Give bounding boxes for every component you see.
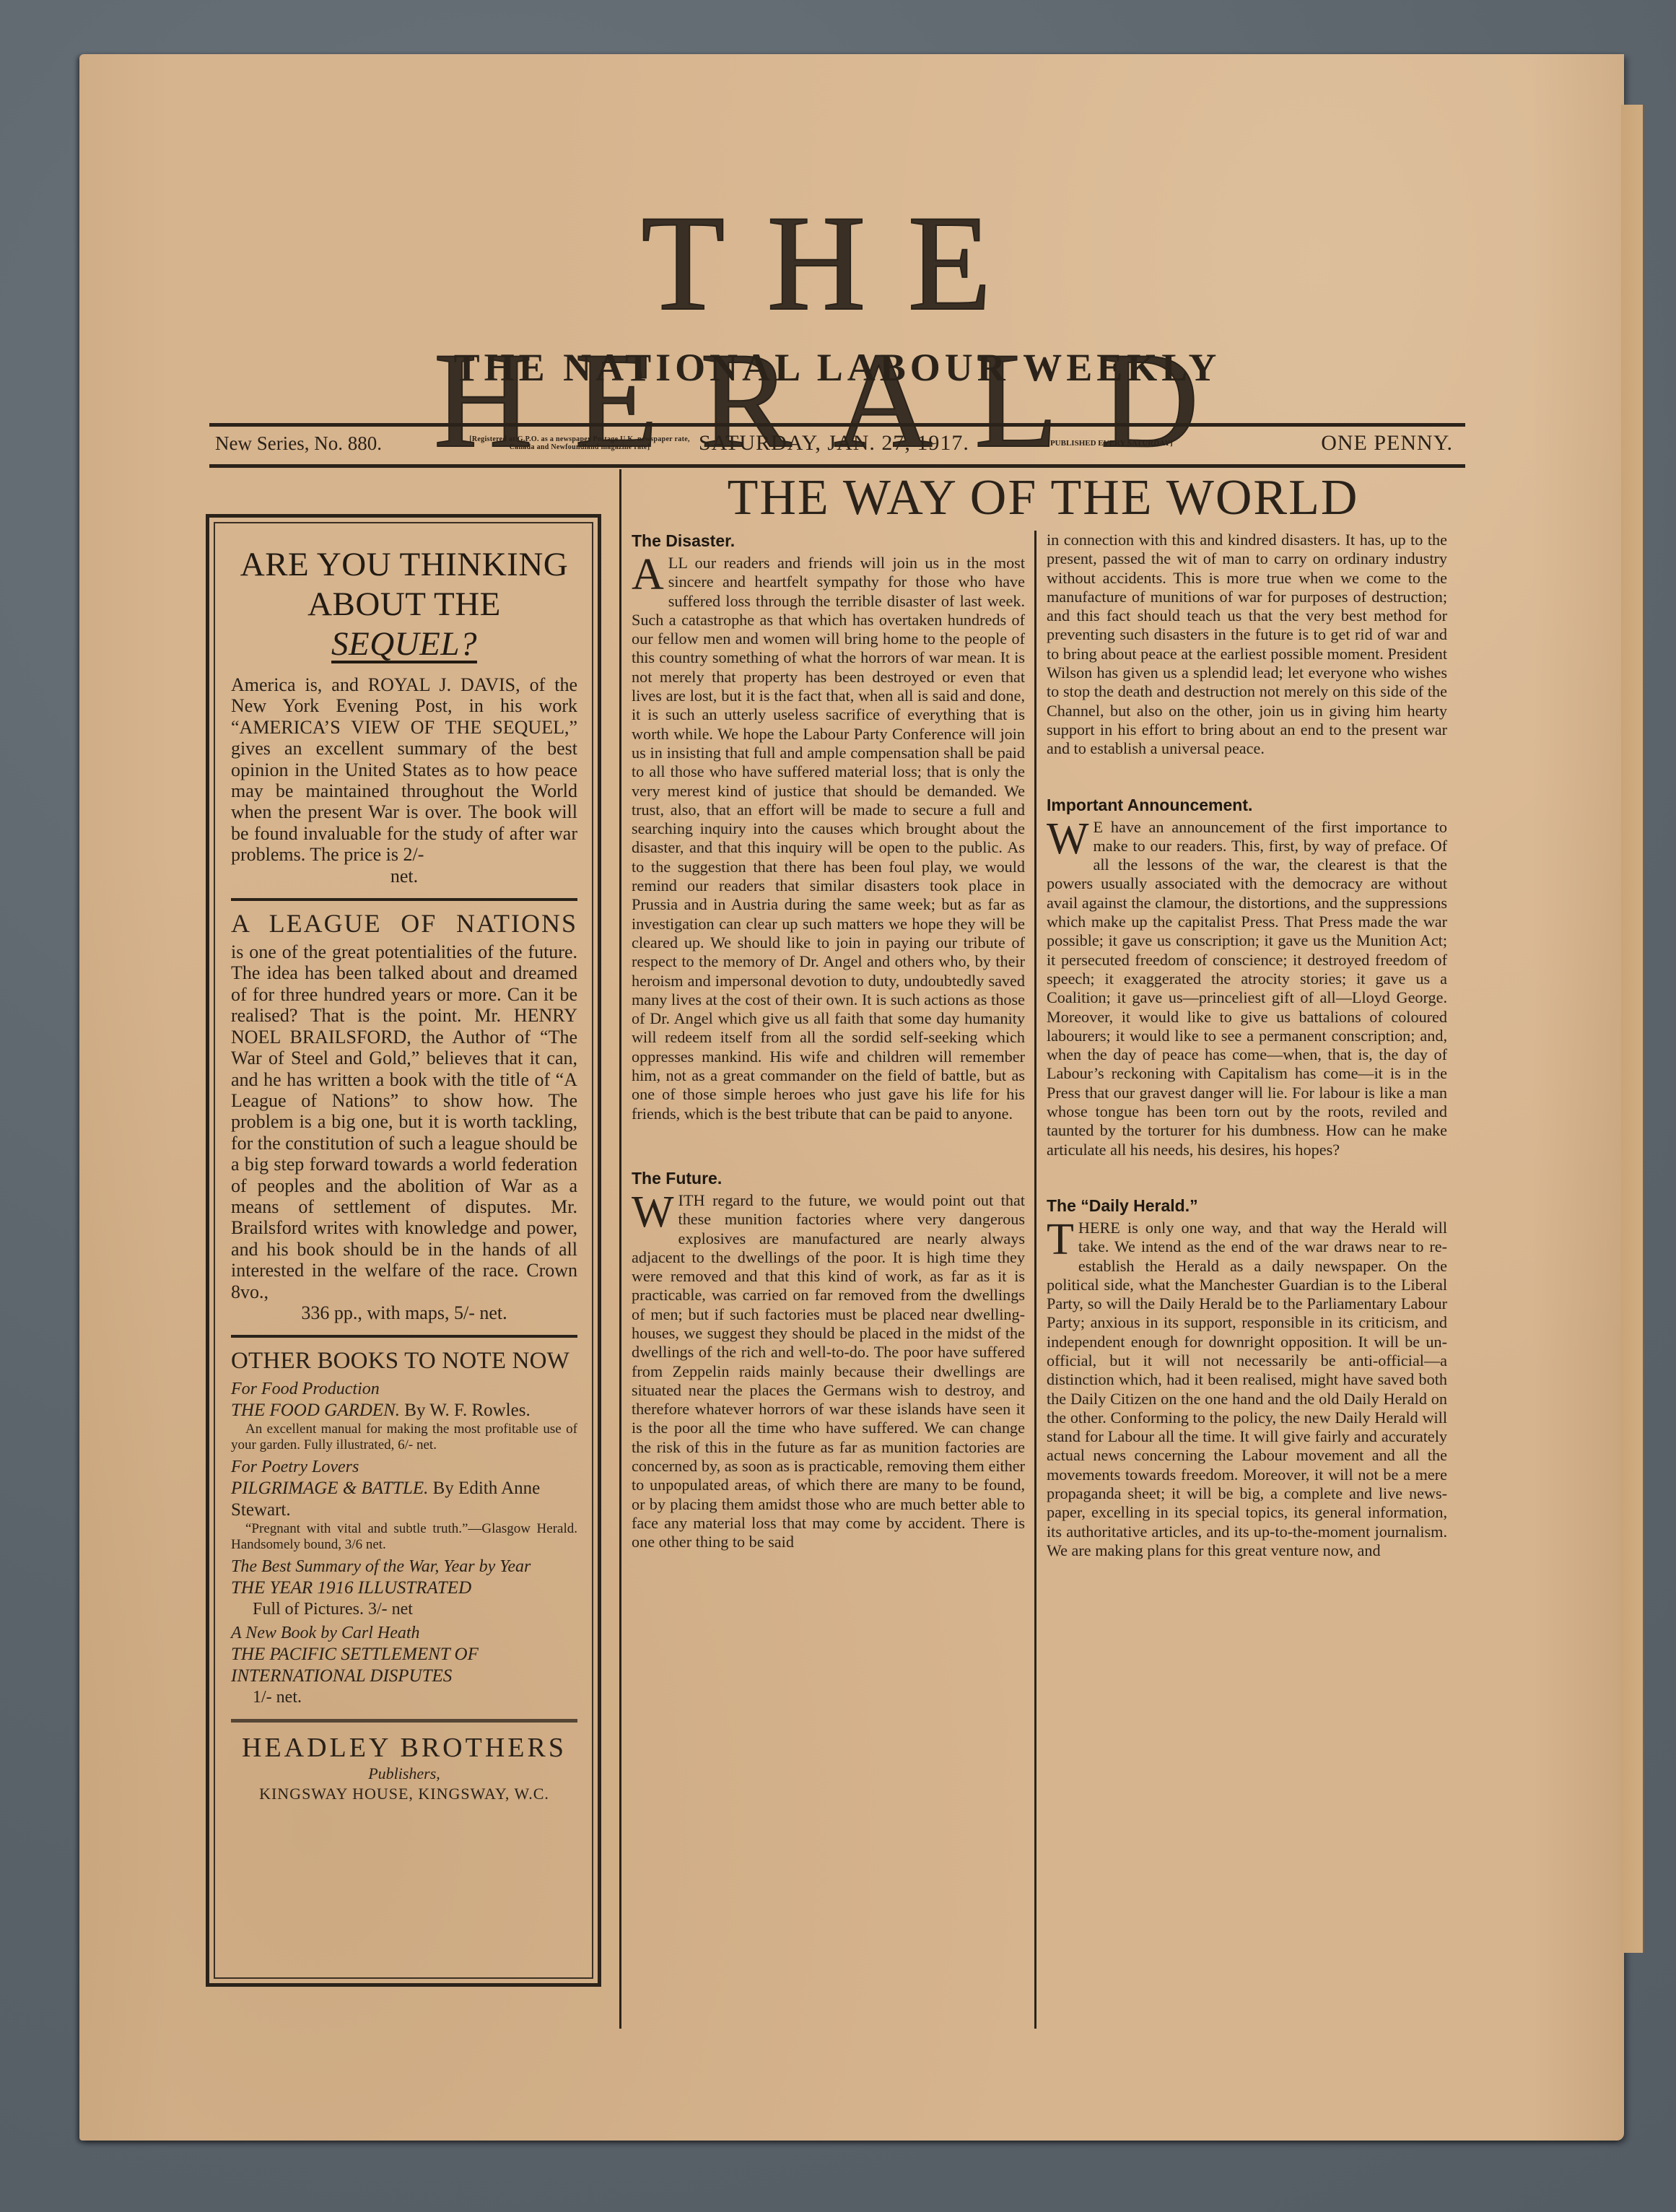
column-rule-right <box>1034 531 1036 2029</box>
league-body: is one of the great potentialities of th… <box>231 941 577 1302</box>
book-item: The Best Summary of the War, Year by Yea… <box>231 1556 577 1619</box>
publisher-name: HEADLEY BROTHERS <box>231 1731 577 1764</box>
book-item: A New Book by Carl Heath THE PACIFIC SET… <box>231 1622 577 1707</box>
sequel-body: America is, and ROYAL J. DAVIS, of the N… <box>231 674 577 866</box>
section-spacer <box>1047 1159 1447 1196</box>
book-title: THE FOOD GARDEN. <box>231 1401 400 1420</box>
ad-divider <box>231 1335 577 1338</box>
sequel-price-end: net. <box>231 866 577 887</box>
book-author: By W. F. Rowles. <box>404 1401 530 1420</box>
series-number: New Series, No. 880. <box>209 432 461 455</box>
ad-divider <box>231 898 577 901</box>
book-title: PILGRIMAGE & BATTLE. <box>231 1479 428 1498</box>
advertisement-box: ARE YOU THINKING ABOUT THE SEQUEL? Ameri… <box>206 514 601 1987</box>
drop-cap: T <box>1047 1220 1078 1258</box>
article-column-middle: The Disaster. ALL our readers and friend… <box>632 531 1025 1552</box>
publication-note: [PUBLISHED EVERY SATURDAY] <box>1002 439 1218 448</box>
book-item: For Poetry Lovers PILGRIMAGE & BATTLE. B… <box>231 1456 577 1553</box>
column-rule-left <box>619 469 621 2029</box>
issue-info-bar: New Series, No. 880. [Registered at G.P.… <box>209 426 1462 461</box>
section-body-future: WITH regard to the future, we would poin… <box>632 1191 1025 1552</box>
sequel-heading-line2: ABOUT THE <box>307 585 501 623</box>
section-heading-announcement: Important Announcement. <box>1047 795 1447 815</box>
book-title: THE PACIFIC SETTLEMENT OF INTERNATIONAL … <box>231 1644 577 1687</box>
section-body-disaster: ALL our readers and friends will join us… <box>632 554 1025 1123</box>
drop-cap: W <box>1047 819 1094 857</box>
book-price: Full of Pictures. 3/- net <box>231 1599 577 1619</box>
book-category: For Food Production <box>231 1378 577 1400</box>
drop-cap: A <box>632 555 668 593</box>
section-spacer <box>632 1123 1025 1168</box>
book-item: For Food Production THE FOOD GARDEN. By … <box>231 1378 577 1453</box>
section-text: HERE is only one way, and that way the H… <box>1047 1219 1447 1559</box>
sequel-heading: ARE YOU THINKING ABOUT THE SEQUEL? <box>231 545 577 664</box>
sequel-heading-italic: SEQUEL? <box>331 625 477 663</box>
league-price: 336 pp., with maps, 5/- net. <box>231 1302 577 1323</box>
book-category: The Best Summary of the War, Year by Yea… <box>231 1556 577 1577</box>
book-title: THE YEAR 1916 ILLUSTRATED <box>231 1577 577 1599</box>
drop-cap: W <box>632 1193 678 1230</box>
other-books-heading: OTHER BOOKS TO NOTE NOW <box>231 1346 577 1375</box>
league-heading: A LEAGUE OF NATIONS <box>231 908 577 939</box>
section-body-future-continued: in connection with this and kindred disa… <box>1047 531 1447 759</box>
masthead-rule-bottom <box>209 464 1465 468</box>
section-body-daily-herald: THERE is only one way, and that way the … <box>1047 1219 1447 1560</box>
masthead-subtitle: THE NATIONAL LABOUR WEEKLY <box>213 345 1462 390</box>
torn-page-edge <box>1621 105 1644 1953</box>
article-column-right: in connection with this and kindred disa… <box>1047 531 1447 1560</box>
book-note: An excellent manual for making the most … <box>231 1421 577 1453</box>
issue-date: SATURDAY, JAN. 27, 1917. <box>699 431 1002 456</box>
book-category: For Poetry Lovers <box>231 1456 577 1478</box>
section-heading-future: The Future. <box>632 1168 1025 1188</box>
section-text: E have an announcement of the first impo… <box>1047 818 1447 1159</box>
section-body-announcement: WE have an announcement of the first imp… <box>1047 818 1447 1159</box>
publisher-address: KINGSWAY HOUSE, KINGSWAY, W.C. <box>231 1783 577 1805</box>
ad-divider <box>231 1719 577 1723</box>
section-text: LL our readers and friends will join us … <box>632 554 1025 1123</box>
article-headline: THE WAY OF THE WORLD <box>628 469 1458 527</box>
publisher-role: Publishers, <box>231 1764 577 1783</box>
issue-price: ONE PENNY. <box>1218 431 1462 456</box>
section-heading-daily-herald: The “Daily Herald.” <box>1047 1196 1447 1216</box>
section-spacer <box>1047 759 1447 795</box>
registration-note: [Registered at G.P.O. as a newspaper Pos… <box>461 435 699 451</box>
book-note: “Pregnant with vital and subtle truth.”—… <box>231 1521 577 1553</box>
book-category: A New Book by Carl Heath <box>231 1622 577 1644</box>
sequel-heading-line1: ARE YOU THINKING <box>240 546 568 583</box>
book-price: 1/- net. <box>231 1687 577 1707</box>
section-text: ITH regard to the future, we would point… <box>632 1191 1025 1551</box>
section-heading-disaster: The Disaster. <box>632 531 1025 551</box>
